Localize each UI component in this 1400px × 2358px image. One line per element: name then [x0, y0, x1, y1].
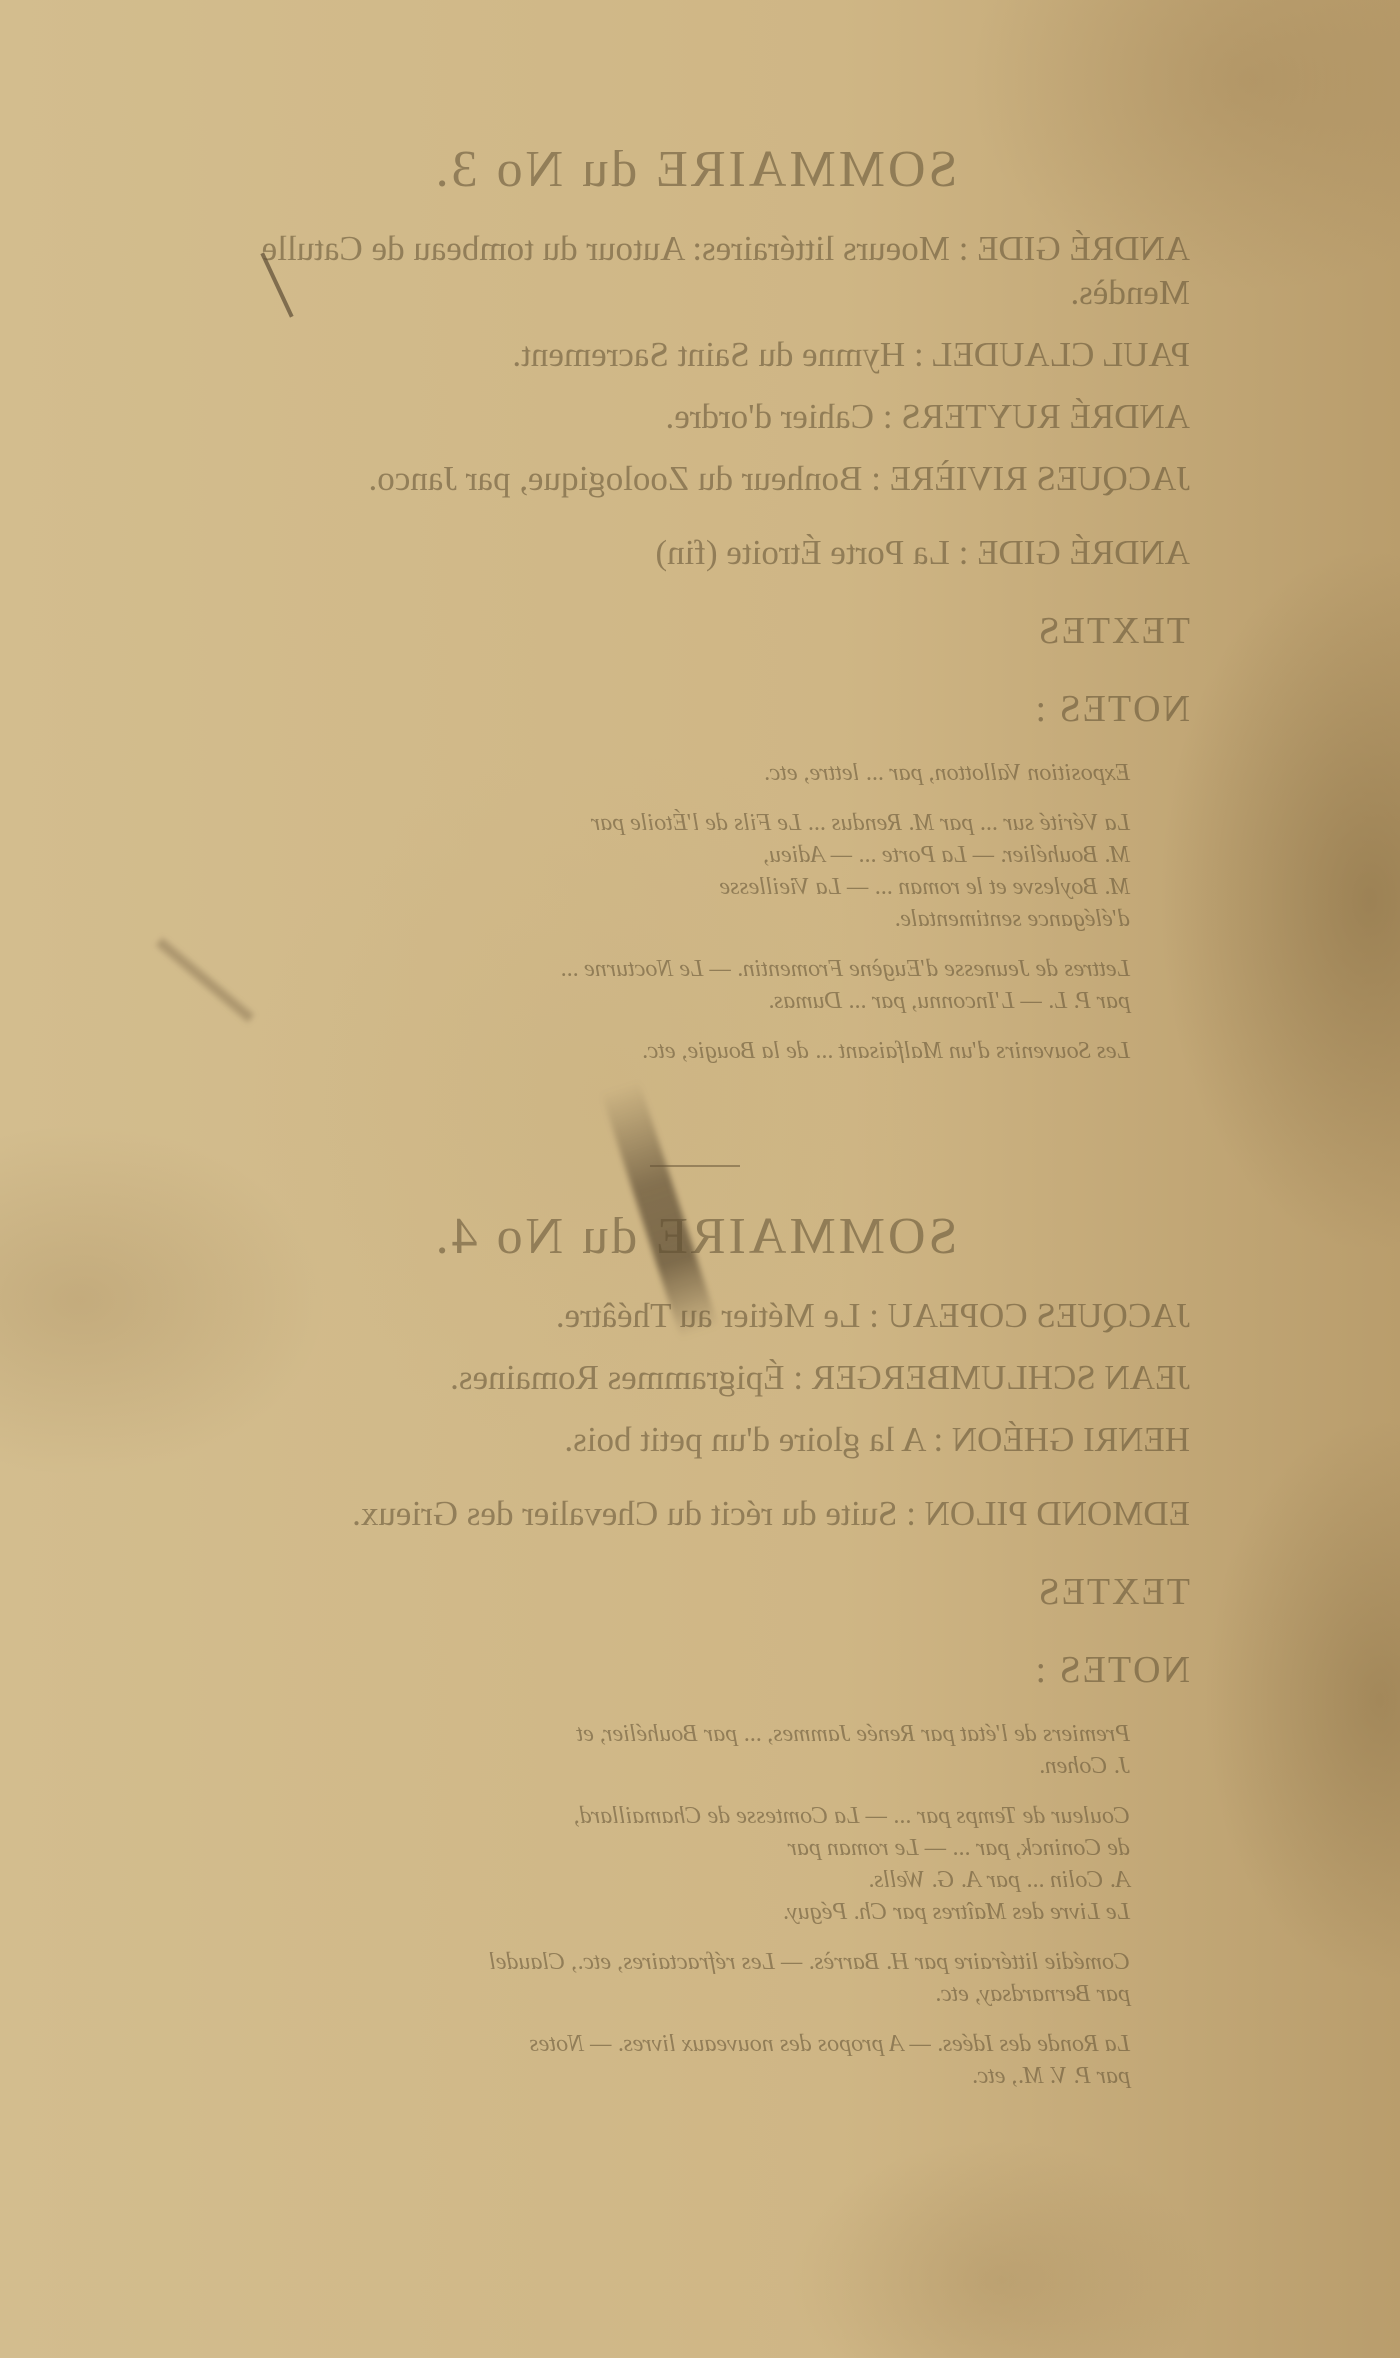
textes-heading: TEXTES — [200, 1570, 1190, 1614]
toc-entry: JACQUES COPEAU : Le Métier au Théâtre. — [200, 1294, 1190, 1338]
section-divider — [650, 1165, 740, 1167]
toc-entry: ANDRÉ GIDE : Moeurs littéraires: Autour … — [200, 227, 1190, 315]
notes-heading: NOTES : — [200, 1648, 1190, 1692]
toc-entry: PAUL CLAUDEL : Hymne du Saint Sacrement. — [200, 333, 1190, 377]
toc-entry: ANDRÉ GIDE : La Porte Étroite (fin) — [200, 531, 1190, 575]
toc-entry: ANDRÉ RUYTERS : Cahier d'ordre. — [200, 395, 1190, 439]
sommaire-no3: SOMMAIRE du No 3. ANDRÉ GIDE : Moeurs li… — [200, 140, 1190, 1085]
note-item: Lettres de Jeunesse d'Eugène Fromentin. … — [200, 953, 1190, 1017]
toc-entry: JACQUES RIVIÈRE : Bonheur du Zoologique,… — [200, 457, 1190, 501]
toc-entry: JEAN SCHLUMBERGER : Épigrammes Romaines. — [200, 1356, 1190, 1400]
note-item: Comédie littéraire par H. Barrès. — Les … — [200, 1946, 1190, 2010]
toc-entry: EDMOND PILON : Suite du récit du Chevali… — [200, 1492, 1190, 1536]
notes-heading: NOTES : — [200, 687, 1190, 731]
bleed-through-text: SOMMAIRE du No 3. ANDRÉ GIDE : Moeurs li… — [0, 0, 1400, 2358]
note-item: Premiers de l'état par Renée Jammes, ...… — [200, 1718, 1190, 1782]
textes-heading: TEXTES — [200, 609, 1190, 653]
note-item: Exposition Vallotton, par ... lettre, et… — [200, 757, 1190, 789]
sommaire-no3-title: SOMMAIRE du No 3. — [200, 140, 1190, 199]
sommaire-no4: SOMMAIRE du No 4. JACQUES COPEAU : Le Mé… — [200, 1165, 1190, 2110]
sommaire-no4-title: SOMMAIRE du No 4. — [200, 1207, 1190, 1266]
note-item: La Vérité sur ... par M. Rendus ... Le F… — [200, 807, 1190, 935]
note-item: Couleur de Temps par ... — La Comtesse d… — [200, 1800, 1190, 1928]
toc-entry: HENRI GHÉON : A la gloire d'un petit boi… — [200, 1418, 1190, 1462]
note-item: La Ronde des Idées. — A propos des nouve… — [200, 2028, 1190, 2092]
note-item: Les Souvenirs d'un Malfaisant ... de la … — [200, 1035, 1190, 1067]
